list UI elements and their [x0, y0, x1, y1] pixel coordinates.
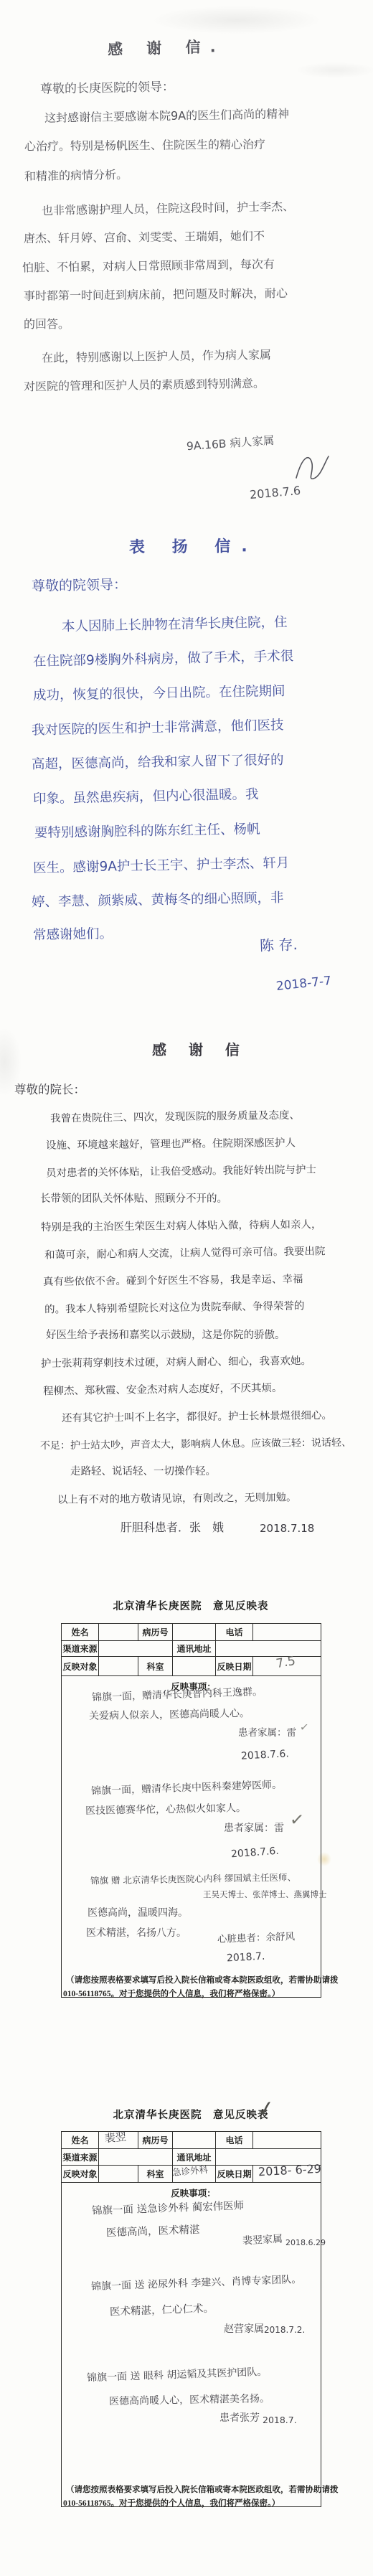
letter1-line: 对医院的管理和医护人员的素质感到特别满意。 — [24, 377, 265, 394]
form2-record-label: 病历号 — [138, 2132, 173, 2149]
form1-address-label: 通讯地址 — [173, 1641, 216, 1657]
letter2-signature-name: 陈 存. — [260, 936, 298, 954]
letter2-line: 医生。感谢9A护士长王宇、护士李杰、轩月 — [33, 855, 290, 876]
letter3-greeting: 尊敬的院长： — [14, 1083, 85, 1097]
form2-footer-note-line: （请您按照表格要求填写后投入院长信箱或寄本院医政组收，若需协助请拨 — [66, 2483, 339, 2495]
letter3-line: 的。我本人特别希望院长对这位为贵院奉献、争得荣誉的 — [44, 1300, 305, 1316]
letter2-line: 本人因肺上长肿物在清华长庚住院，住 — [62, 615, 288, 635]
letter1-ward-signature: 9A.16B 病人家属 — [186, 435, 275, 453]
letter1-line: 的回答。 — [24, 318, 70, 331]
form2-address-label: 通讯地址 — [173, 2149, 216, 2166]
letter3-line: 特别是我的主治医生荣医生对病人体贴入微，待病人如亲人， — [41, 1219, 322, 1234]
letter1-title: 感 谢 信. — [108, 38, 225, 58]
form2-items-label: 反映事项： — [166, 2183, 216, 2199]
form1-record-value — [173, 1624, 216, 1641]
form2-date-label: 反映日期 — [216, 2166, 253, 2183]
form1-message3-line: 医德高尚，温暖四海。 — [88, 1907, 188, 1919]
letter2-greeting: 尊敬的院领导： — [32, 578, 127, 595]
letter1-line: 在此，特别感谢以上医护人员，作为病人家属 — [42, 349, 271, 365]
letter3-title: 感 谢 信 — [152, 1042, 248, 1058]
letter3-signature-name: 肝胆科患者．张 娥 — [121, 1521, 224, 1534]
form2-footer-note-line: 010-56118765。对于您提供的个人信息，我们将严格保密。） — [63, 2497, 280, 2509]
form2-phone-label: 电话 — [216, 2132, 253, 2149]
form1-date-label: 反映日期 — [216, 1657, 253, 1676]
letter1-line: 和精准的病情分析。 — [24, 169, 128, 184]
form1-channel-label: 渠道来源 — [62, 1641, 99, 1657]
letter1-line: 怕脏、不怕累，对病人日常照顾非常周到，每次有 — [22, 258, 275, 275]
letter2-line: 成功，恢复的很快，今日出院。在住院期间 — [33, 684, 285, 703]
form1-message3-line: 医术精湛，名扬八方。 — [86, 1927, 186, 1939]
letter2-line: 婷、李慧、颜紫威、黄梅冬的细心照顾，非 — [32, 890, 284, 910]
letter1-greeting: 尊敬的长庚医院的领导： — [40, 80, 174, 97]
letter2-line: 常感谢她们。 — [33, 926, 113, 943]
letter3-line: 长带领的团队关怀体贴、照顾分不开的。 — [40, 1193, 227, 1205]
form2-table: 姓名 病历号 电话 渠道来源 通讯地址 反映对象 科室 反映日期 反映事项： — [61, 2131, 321, 2507]
letter3-line: 走路轻、说话轻、一切操作轻。 — [70, 1466, 216, 1478]
form2-target-label: 反映对象 — [62, 2166, 99, 2183]
form2-message3-date: 2018.7. — [263, 2415, 297, 2425]
form1-footer-note-line: （请您按照表格要求填写后投入院长信箱或寄本院医政组收，若需协助请拨 — [66, 1974, 339, 1985]
letter3-line: 设施、环境越来越好，管理也严格。住院期深感医护人 — [46, 1137, 296, 1152]
form1-message3-line: 王昊天博士、张萍博士、燕翼博士 — [203, 1890, 327, 1899]
letter1-line: 事时都第一时间赶到病床前，把问题及时解决，耐心 — [24, 287, 288, 303]
form1-name-value — [99, 1624, 138, 1641]
letter3-line: 我曾在贵院住三、四次，发现医院的服务质量及态度、 — [50, 1110, 300, 1126]
letter3-date: 2018.7.18 — [260, 1523, 314, 1535]
letter1-line: 也非常感谢护理人员，住院这段时间，护士李杰、 — [42, 200, 294, 218]
form2-channel-value — [99, 2149, 173, 2166]
letter3-line: 还有其它护士叫不上名字，都很好。护士长林景煜很细心。 — [62, 1410, 332, 1425]
form1-target-label: 反映对象 — [62, 1657, 99, 1676]
form1-message3-date: 2018.7. — [227, 1951, 265, 1965]
form1-dept-label: 科室 — [138, 1657, 173, 1676]
form1-address-value — [216, 1641, 321, 1657]
form2-message1-signature: 裴翌家属 — [242, 2234, 283, 2247]
form1-message2-signature: 患者家属：雷 — [224, 1823, 284, 1834]
form2-name-handwritten: 裴翌 — [104, 2130, 127, 2145]
form1-dept-value — [173, 1657, 216, 1676]
form2-record-value — [173, 2132, 216, 2149]
signature-scribble-icon — [293, 451, 336, 483]
letter1-line: 心治疗。特别是杨帆医生、住院医生的精心治疗 — [24, 138, 265, 154]
form2-message3-signature: 患者张芳 — [219, 2412, 260, 2424]
form1-phone-value — [253, 1624, 321, 1641]
letter1-line: 唐杰、轩月婷、宫俞、刘雯雯、王瑞娟，她们不 — [24, 230, 265, 245]
letter2-line: 要特别感谢胸腔科的陈东红主任、杨帆 — [34, 822, 260, 841]
checkmark-icon: ✓ — [255, 2095, 277, 2123]
form2-title: 北京清华长庚医院 意见反映表 — [61, 2107, 321, 2122]
checkmark-icon: ✓ — [299, 1720, 309, 1734]
form2-message2-date: 2018.7.2. — [264, 2326, 305, 2336]
form1-name-label: 姓名 — [62, 1624, 99, 1641]
letter2-line: 高超，医德高尚，给我和家人留下了很好的 — [32, 753, 284, 772]
letter3-line: 护士张莉莉穿刺技术过硬，对病人耐心、细心，我喜欢她。 — [41, 1355, 311, 1371]
letter3-line: 和蔼可亲，耐心和病人交流，让病人觉得可亲可信。我要出院 — [44, 1246, 326, 1261]
letter2-line: 在住院部9楼胸外科病房，做了手术，手术很 — [33, 649, 294, 669]
form1-message1-signature: 患者家属：雷 — [238, 1728, 296, 1739]
letter3-line: 以上有不对的地方敬请见谅，有则改之，无则加勉。 — [57, 1492, 297, 1506]
form1-items-cell: 反映事项： — [62, 1676, 321, 1998]
letter1-line: 这封感谢信主要感谢本院9A的医生们高尚的精神 — [44, 108, 289, 125]
form2-target-value — [99, 2166, 138, 2183]
letter3-line: 员对患者的关怀体贴，让我倍受感动。我能好转出院与护士 — [46, 1164, 316, 1180]
form2-channel-label: 渠道来源 — [62, 2149, 99, 2166]
form1-phone-label: 电话 — [216, 1624, 253, 1641]
form1-record-label: 病历号 — [138, 1624, 173, 1641]
letter3-line: 真有些依依不舍。碰到个好医生不容易，我是幸运、幸福 — [43, 1274, 303, 1288]
form1-channel-value — [99, 1641, 173, 1657]
letter3-line: 程柳杰、郑秋霞、安金杰对病人态度好，不厌其烦。 — [43, 1383, 283, 1398]
letter2-line: 印象。虽然患疾病，但内心很温暖。我 — [33, 787, 259, 807]
form1-footer-note-line: 010-56118765。对于您提供的个人信息，我们将严格保密。） — [63, 1988, 280, 1999]
letter2-date: 2018-7-7 — [275, 974, 332, 995]
form2-name-label: 姓名 — [62, 2132, 99, 2149]
form2-phone-value — [253, 2132, 321, 2149]
letter2-title: 表 扬 信. — [129, 537, 258, 557]
form1-title: 北京清华长庚医院 意见反映表 — [61, 1598, 321, 1613]
form2-dept-label: 科室 — [138, 2166, 173, 2183]
letter1-date: 2018.7.6 — [249, 484, 301, 502]
form2-message1-date: 2018.6.29 — [285, 2239, 326, 2248]
letter3-line: 不足：护士站太吵，声音太大，影响病人休息。应该做三轻：说话轻、 — [40, 1437, 351, 1452]
scanned-document-page: 感 谢 信. 尊敬的长庚医院的领导： 这封感谢信主要感谢本院9A的医生们高尚的精… — [0, 0, 373, 2576]
letter3-line: 好医生给予表扬和嘉奖以示鼓励，这是你院的骄傲。 — [46, 1330, 285, 1342]
form2-message2-signature: 赵营家属 — [224, 2323, 264, 2335]
letter2-line: 我对医院的医生和护士非常满意，他们医技 — [32, 718, 284, 738]
form1-target-value — [99, 1657, 138, 1676]
checkmark-icon: ✓ — [289, 1809, 306, 1830]
